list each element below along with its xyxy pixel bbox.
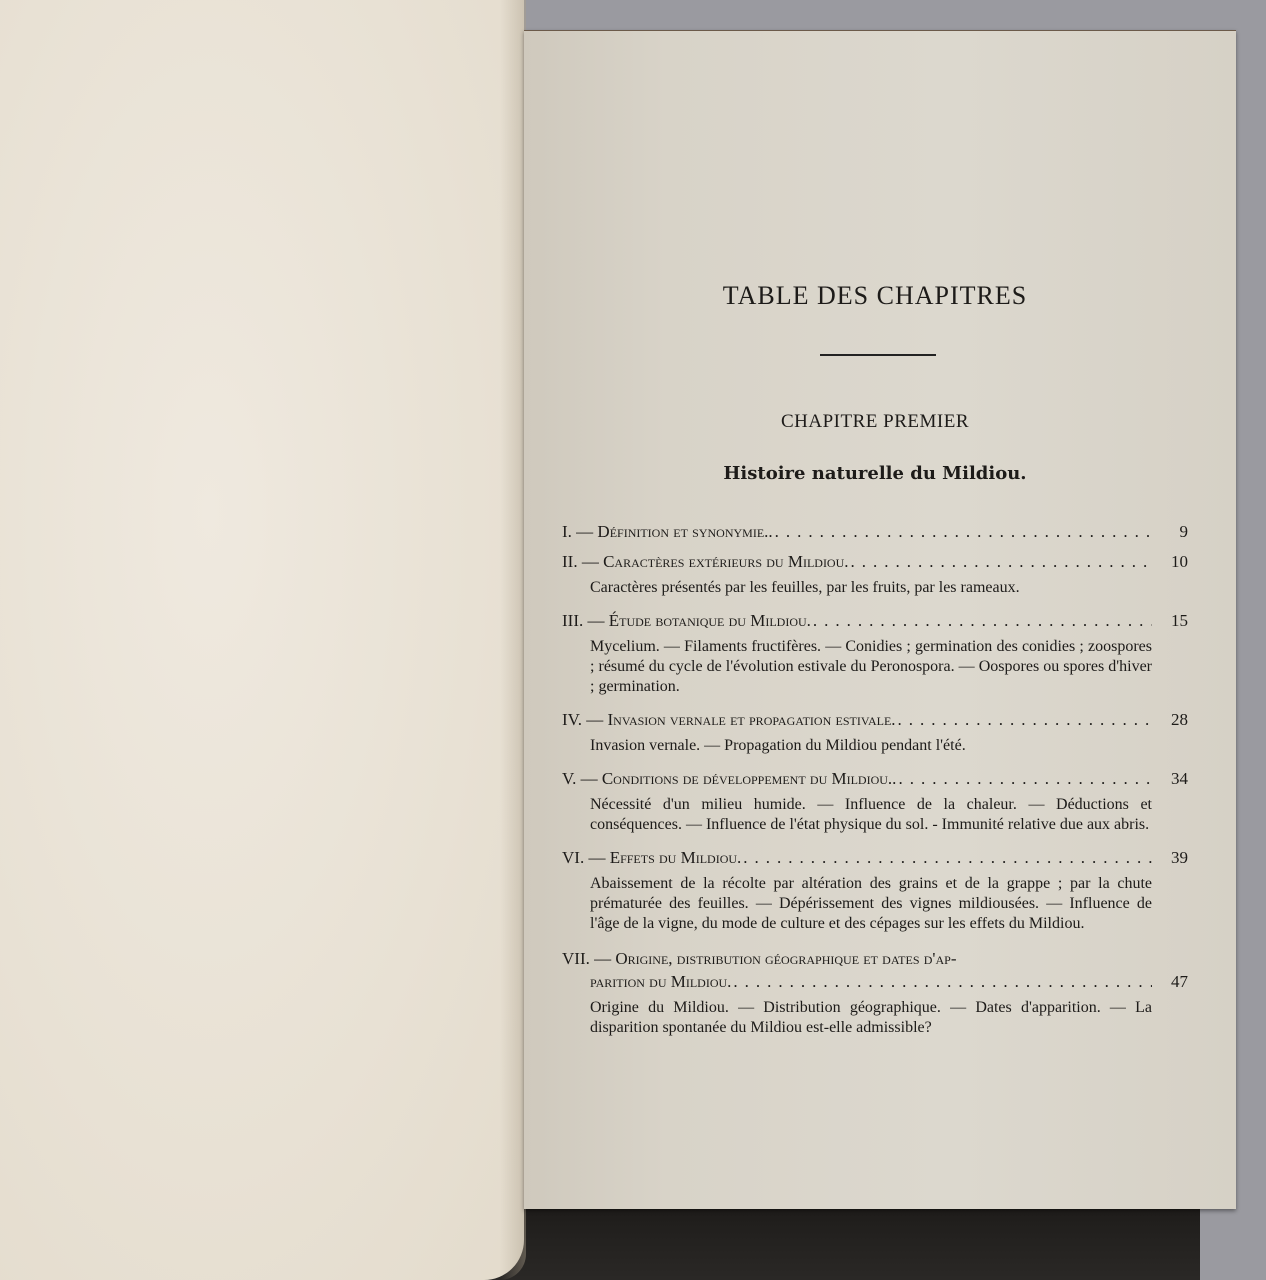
entry-page-number: 47 — [1160, 971, 1188, 992]
entry-page-number: 39 — [1160, 847, 1188, 868]
page-gutter — [500, 0, 526, 1280]
leader-dots: ........................................… — [775, 521, 1152, 542]
title-divider — [820, 354, 936, 356]
chapter-heading: CHAPITRE PREMIER — [562, 411, 1188, 433]
table-shadow — [480, 1205, 1200, 1280]
toc-entry: VI. — Effets du Mildiou. ...............… — [562, 847, 1188, 934]
entry-label: VI. — Effets du Mildiou. — [562, 847, 741, 868]
entry-description: Caractères présentés par les feuilles, p… — [590, 578, 1152, 598]
entry-description: Abaissement de la récolte par altération… — [590, 874, 1152, 934]
entry-page-number: 10 — [1160, 551, 1188, 572]
entry-label: I. — Définition et synonymie.. — [562, 521, 773, 542]
entry-page-number: 34 — [1160, 768, 1188, 789]
chapter-subtitle: Histoire naturelle du Mildiou. — [562, 463, 1188, 484]
leader-dots: ........................................… — [898, 768, 1152, 789]
entry-label: II. — Caractères extérieurs du Mildiou. — [562, 551, 849, 572]
toc-entry: III. — Étude botanique du Mildiou. .....… — [562, 610, 1188, 697]
leader-dots: ........................................… — [743, 847, 1152, 868]
toc-entry: VII. — Origine, distribution géographiqu… — [562, 948, 1188, 1038]
entry-label-line1: VII. — Origine, distribution géographiqu… — [562, 949, 957, 968]
entry-description: Origine du Mildiou. — Distribution géogr… — [590, 998, 1152, 1038]
toc-entry: IV. — Invasion vernale et propagation es… — [562, 709, 1188, 756]
leader-dots: ........................................… — [813, 610, 1152, 631]
entry-page-number: 28 — [1160, 709, 1188, 730]
entry-description: Nécessité d'un milieu humide. — Influenc… — [590, 795, 1152, 835]
right-page: TABLE DES CHAPITRES CHAPITRE PREMIER His… — [524, 30, 1236, 1209]
leader-dots: ........................................… — [851, 551, 1152, 572]
toc-entries: I. — Définition et synonymie.. .........… — [562, 509, 1188, 1038]
toc-entry: II. — Caractères extérieurs du Mildiou. … — [562, 551, 1188, 598]
entry-page-number: 15 — [1160, 610, 1188, 631]
left-page-blank — [0, 0, 524, 1280]
entry-label: IV. — Invasion vernale et propagation es… — [562, 709, 896, 730]
leader-dots: ........................................… — [898, 709, 1152, 730]
entry-description: Invasion vernale. — Propagation du Mildi… — [590, 736, 1152, 756]
toc-entry: V. — Conditions de développement du Mild… — [562, 768, 1188, 835]
entry-label: V. — Conditions de développement du Mild… — [562, 768, 896, 789]
toc-entry: I. — Définition et synonymie.. .........… — [562, 521, 1188, 542]
entry-page-number: 9 — [1160, 521, 1188, 542]
page-title: TABLE DES CHAPITRES — [562, 281, 1188, 311]
leader-dots: ........................................… — [733, 971, 1152, 992]
entry-description: Mycelium. — Filaments fructifères. — Con… — [590, 637, 1152, 697]
entry-label: parition du Mildiou. — [590, 971, 731, 992]
entry-label: III. — Étude botanique du Mildiou. — [562, 610, 811, 631]
